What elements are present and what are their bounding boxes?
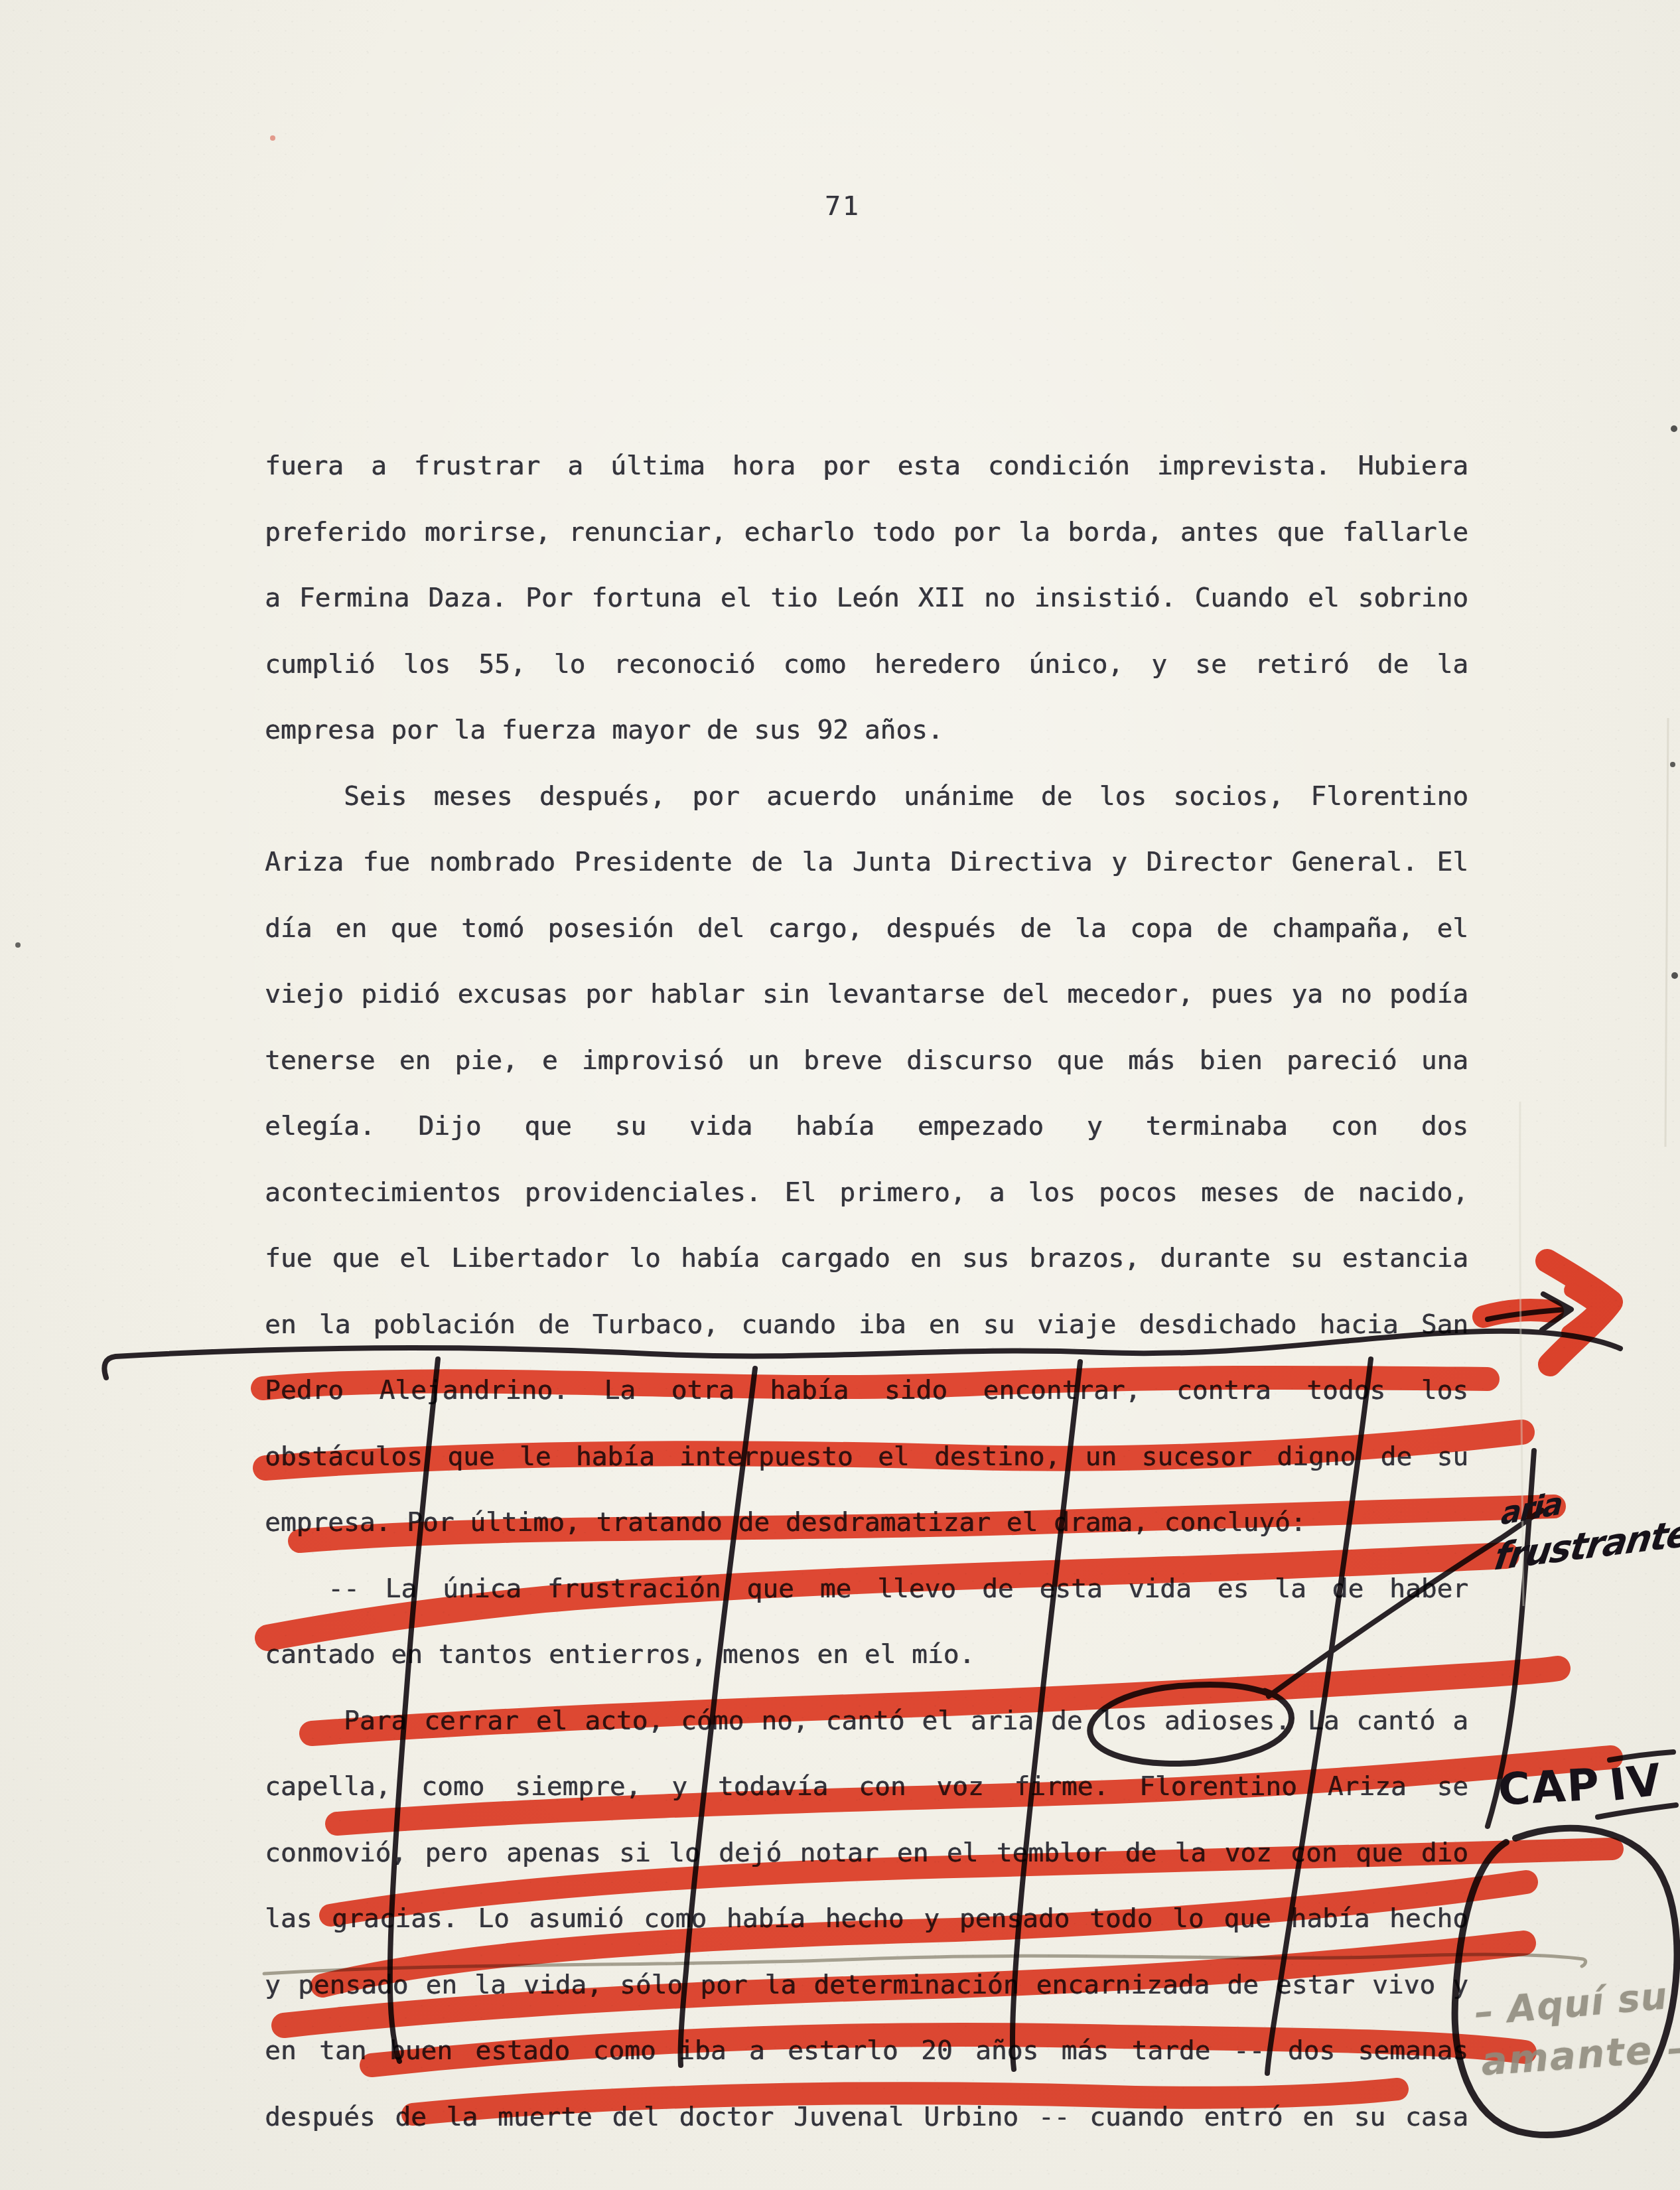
- typescript-line: empresa por la fuerza mayor de sus 92 añ…: [265, 715, 1468, 753]
- typescript-line: en la población de Turbaco, cuando iba e…: [265, 1309, 1468, 1348]
- black-arrow-shaft: [1488, 1309, 1566, 1319]
- typescript-line: día en que tomó posesión del cargo, desp…: [265, 913, 1468, 952]
- typescript-line: fuera a frustrar a última hora por esta …: [265, 451, 1468, 489]
- typescript-line: obstáculos que le había interpuesto el d…: [265, 1441, 1468, 1480]
- typescript-line: cantado en tantos entierros, menos en el…: [265, 1639, 1468, 1678]
- pencil-note-line1: – Aquí su: [1473, 1974, 1669, 2034]
- typescript-line: elegía. Dijo que su vida había empezado …: [265, 1111, 1468, 1149]
- chapter-mark-word: CAP: [1497, 1759, 1602, 1815]
- typescript-line: fue que el Libertador lo había cargado e…: [265, 1243, 1468, 1281]
- typescript-line: acontecimientos providenciales. El prime…: [265, 1177, 1468, 1216]
- chapter-mark-numeral: IV: [1606, 1754, 1665, 1811]
- typescript-line: Seis meses después, por acuerdo unánime …: [265, 781, 1468, 820]
- red-arrow-icon: [1484, 1261, 1611, 1364]
- typescript-line: tenerse en pie, e improvisó un breve dis…: [265, 1045, 1468, 1084]
- pencil-note-line2: amante –: [1480, 2025, 1680, 2084]
- typescript-line: a Fermina Daza. Por fortuna el tio León …: [265, 583, 1468, 621]
- typescript-line: -- La única frustración que me llevo de …: [265, 1573, 1468, 1612]
- typescript-line: Pedro Alejandrino. La otra había sido en…: [265, 1375, 1468, 1414]
- margin-note-word1: aria: [1500, 1485, 1563, 1532]
- typescript-line: cumplió los 55, lo reconoció como herede…: [265, 649, 1468, 688]
- typescript-line: las gracias. Lo asumió como había hecho …: [265, 1903, 1468, 1942]
- typescript-line: preferido morirse, renunciar, echarlo to…: [265, 517, 1468, 555]
- chapter-mark: CAPIV: [1497, 1756, 1663, 1816]
- black-arrow-head: [1542, 1294, 1571, 1330]
- typescript-line: después de la muerte del doctor Juvenal …: [265, 2102, 1468, 2140]
- typescript-line: conmovió, pero apenas si lo dejó notar e…: [265, 1838, 1468, 1876]
- page-number: 71: [825, 191, 861, 222]
- typescript-line: Ariza fue nombrado Presidente de la Junt…: [265, 847, 1468, 885]
- typescript-line: en tan buen estado como iba a estarlo 20…: [265, 2035, 1468, 2074]
- manuscript-page: 71 fuera a frustrar a última hora por es…: [0, 0, 1680, 2190]
- typescript-line: viejo pidió excusas por hablar sin levan…: [265, 979, 1468, 1017]
- typescript-line: y pensado en la vida, sólo por la determ…: [265, 1970, 1468, 2008]
- typescript-line: capella, como siempre, y todavía con voz…: [265, 1771, 1468, 1810]
- typescript-line: Para cerrar el acto, cómo no, cantó el a…: [265, 1706, 1468, 1744]
- typescript-line: empresa. Por último, tratando de desdram…: [265, 1507, 1468, 1546]
